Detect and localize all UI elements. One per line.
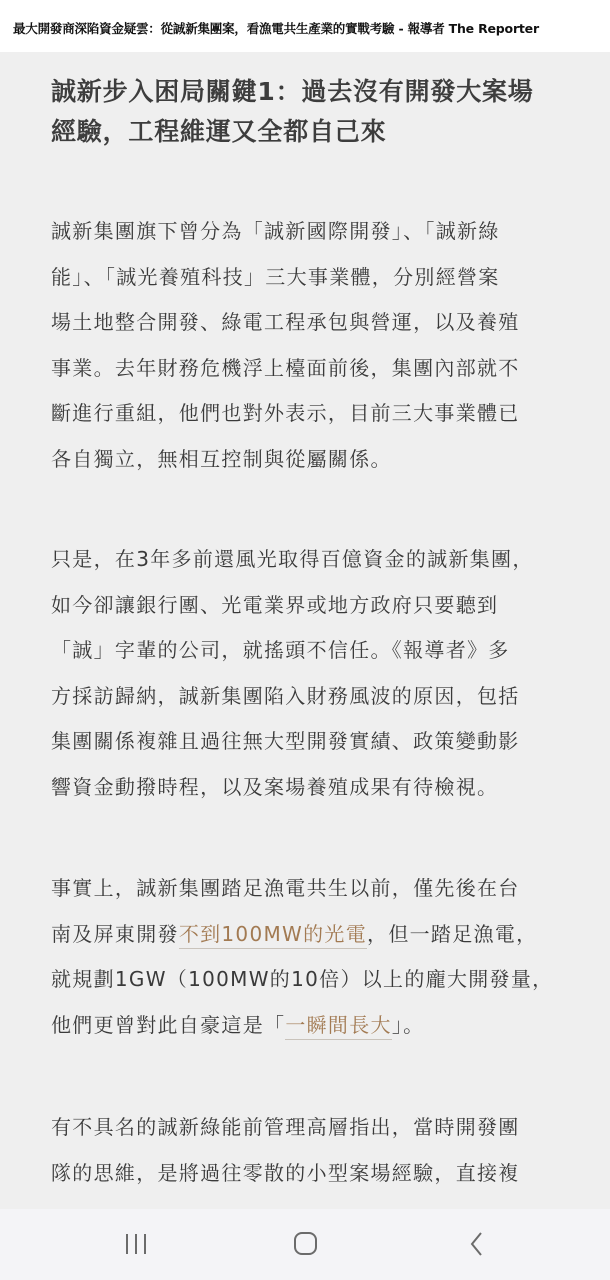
text-segment: 南及屏東開發 xyxy=(51,922,179,946)
recent-apps-button[interactable] xyxy=(116,1227,156,1261)
paragraph-line: 南及屏東開發不到100MW的光電，但一踏足漁電， xyxy=(51,912,556,958)
text-segment: 」。 xyxy=(392,1013,425,1037)
paragraph-line: 斷進行重組，他們也對外表示，目前三大事業體已 xyxy=(51,391,556,437)
browser-title-bar: 最大開發商深陷資金疑雲：從誠新集團案，看漁電共生產業的實戰考驗 - 報導者 Th… xyxy=(0,0,610,52)
paragraph-line: 事業。去年財務危機浮上檯面前後，集團內部就不 xyxy=(51,346,556,392)
paragraph-line: 隊的思維，是將過往零散的小型案場經驗，直接複 xyxy=(51,1151,556,1197)
paragraph-line: 有不具名的誠新綠能前管理高層指出，當時開發團 xyxy=(51,1105,556,1151)
back-button[interactable] xyxy=(457,1227,497,1261)
home-icon xyxy=(293,1231,319,1257)
paragraph-1: 誠新集團旗下曾分為「誠新國際開發」、「誠新綠 能」、「誠光養殖科技」三大事業體，… xyxy=(51,209,556,482)
paragraph-line: 只是，在3年多前還風光取得百億資金的誠新集團， xyxy=(51,537,556,583)
paragraph-line: 如今卻讓銀行團、光電業界或地方政府只要聽到 xyxy=(51,583,556,629)
paragraph-line: 響資金動撥時程，以及案場養殖成果有待檢視。 xyxy=(51,765,556,811)
paragraph-3: 事實上，誠新集團踏足漁電共生以前，僅先後在台 南及屏東開發不到100MW的光電，… xyxy=(51,866,556,1048)
heading-line: 經驗，工程維運又全都自己來 xyxy=(51,112,561,152)
paragraph-line: 場土地整合開發、綠電工程承包與營運，以及養殖 xyxy=(51,300,556,346)
link-under-100mw-solar[interactable]: 不到100MW的光電 xyxy=(179,922,367,949)
paragraph-4: 有不具名的誠新綠能前管理高層指出，當時開發團 隊的思維，是將過往零散的小型案場經… xyxy=(51,1105,556,1196)
paragraph-line: 就規劃1GW（100MW的10倍）以上的龐大開發量， xyxy=(51,957,556,1003)
paragraph-line: 能」、「誠光養殖科技」三大事業體，分別經營案 xyxy=(51,255,556,301)
system-navigation-bar xyxy=(0,1209,610,1280)
paragraph-2: 只是，在3年多前還風光取得百億資金的誠新集團， 如今卻讓銀行團、光電業界或地方政… xyxy=(51,537,556,810)
paragraph-line: 誠新集團旗下曾分為「誠新國際開發」、「誠新綠 xyxy=(51,209,556,255)
text-segment: ，但一踏足漁電， xyxy=(367,922,537,946)
home-button[interactable] xyxy=(286,1227,326,1261)
link-grew-up-instantly[interactable]: 一瞬間長大 xyxy=(285,1013,392,1040)
paragraph-line: 集團關係複雜且過往無大型開發實績、政策變動影 xyxy=(51,719,556,765)
text-segment: 他們更曾對此自豪這是「 xyxy=(51,1013,285,1037)
section-heading: 誠新步入困局關鍵1：過去沒有開發大案場 經驗，工程維運又全都自己來 xyxy=(51,72,561,152)
back-icon xyxy=(467,1231,487,1257)
paragraph-line: 各自獨立，無相互控制與從屬關係。 xyxy=(51,437,556,483)
page-title: 最大開發商深陷資金疑雲：從誠新集團案，看漁電共生產業的實戰考驗 - 報導者 Th… xyxy=(13,19,539,37)
heading-line: 誠新步入困局關鍵1：過去沒有開發大案場 xyxy=(51,72,561,112)
paragraph-line: 「誠」字輩的公司，就搖頭不信任。《報導者》多 xyxy=(51,628,556,674)
recent-apps-icon xyxy=(123,1232,149,1256)
paragraph-line: 他們更曾對此自豪這是「一瞬間長大」。 xyxy=(51,1003,556,1049)
paragraph-line: 事實上，誠新集團踏足漁電共生以前，僅先後在台 xyxy=(51,866,556,912)
paragraph-line: 方採訪歸納，誠新集團陷入財務風波的原因，包括 xyxy=(51,674,556,720)
article-content[interactable]: 誠新步入困局關鍵1：過去沒有開發大案場 經驗，工程維運又全都自己來 誠新集團旗下… xyxy=(0,52,610,1209)
